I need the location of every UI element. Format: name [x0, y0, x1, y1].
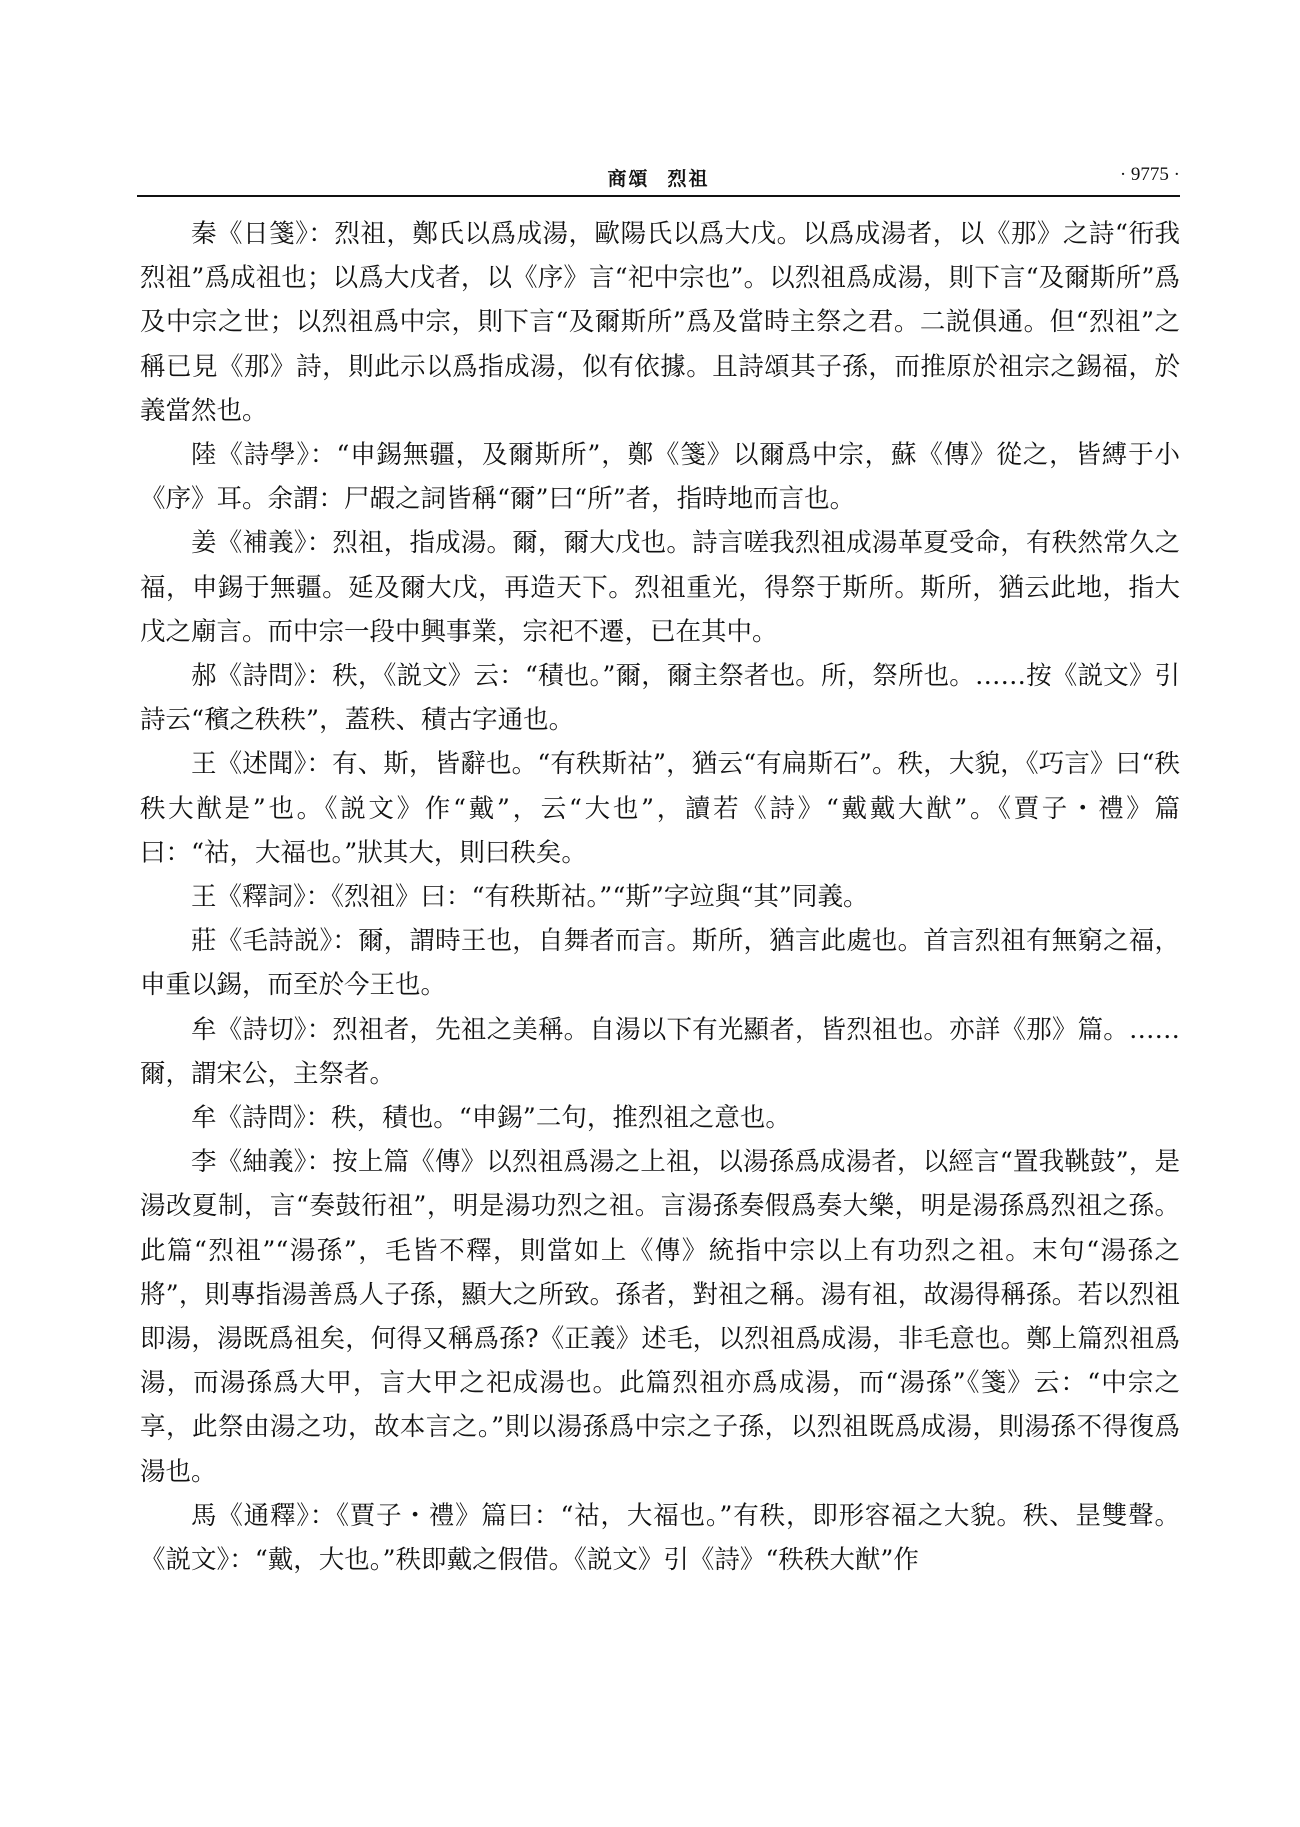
paragraph-li-chouyi: 李《紬義》：按上篇《傳》以烈祖爲湯之上祖，以湯孫爲成湯者，以經言“置我鞉鼓”，是… — [140, 1140, 1180, 1494]
paragraph-jiang-buyi: 姜《補義》：烈祖，指成湯。爾，爾大戊也。詩言嗟我烈祖成湯革夏受命，有秩然常久之福… — [140, 521, 1180, 654]
paragraph-mou-shiqie: 牟《詩切》：烈祖者，先祖之美稱。自湯以下有光顯者，皆烈祖也。亦詳《那》篇。……爾… — [140, 1008, 1180, 1096]
paragraph-wang-shuwen: 王《述聞》：有、斯，皆辭也。“有秩斯祜”，猶云“有扁斯石”。秩，大貌，《巧言》曰… — [140, 742, 1180, 875]
paragraph-wang-shici: 王《釋詞》：《烈祖》曰：“有秩斯祜。”“斯”字竝與“其”同義。 — [140, 875, 1180, 919]
running-title: 商頌烈祖 — [137, 164, 1180, 191]
commentary-body: 秦《日箋》：烈祖，鄭氏以爲成湯，歐陽氏以爲大戊。以爲成湯者，以《那》之詩“衎我烈… — [140, 212, 1180, 1582]
running-title-poem: 烈祖 — [668, 168, 710, 190]
paragraph-mou-shiwen: 牟《詩問》：秩，積也。“申錫”二句，推烈祖之意也。 — [140, 1096, 1180, 1140]
paragraph-zhuang-maoshishuo: 莊《毛詩説》：爾，謂時王也，自舞者而言。斯所，猶言此處也。首言烈祖有無窮之福，申… — [140, 919, 1180, 1007]
paragraph-qin-rijian: 秦《日箋》：烈祖，鄭氏以爲成湯，歐陽氏以爲大戊。以爲成湯者，以《那》之詩“衎我烈… — [140, 212, 1180, 433]
running-title-section: 商頌 — [607, 168, 649, 190]
paragraph-lu-shixue: 陸《詩學》：“申錫無疆，及爾斯所”，鄭《箋》以爾爲中宗，蘇《傳》從之，皆縛于小《… — [140, 433, 1180, 521]
page-number: · 9775 · — [1120, 164, 1180, 186]
paragraph-hao-shiwen: 郝《詩問》：秩，《説文》云：“積也。”爾，爾主祭者也。所，祭所也。……按《説文》… — [140, 654, 1180, 742]
page-header: 商頌烈祖 · 9775 · — [137, 160, 1180, 194]
paragraph-ma-tongshi: 馬《通釋》：《賈子・禮》篇曰：“祜，大福也。”有秩，即形容福之大貌。秩、昰雙聲。… — [140, 1494, 1180, 1582]
header-rule — [137, 195, 1180, 197]
